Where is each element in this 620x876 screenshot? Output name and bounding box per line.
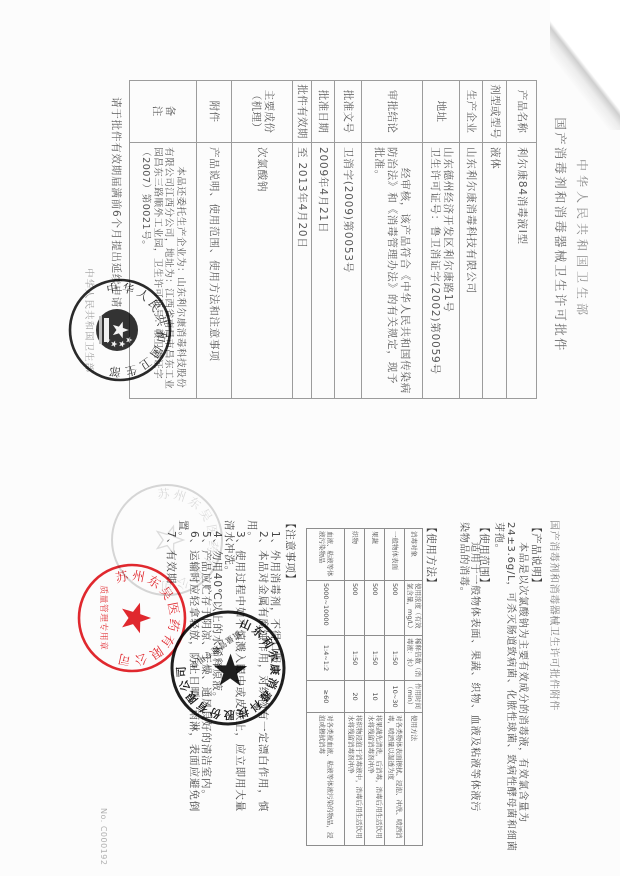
- value-approval-conclusion: 经审核，该产品符合《中华人民共和国传染病防治法》和《消毒管理办法》的有关规定，现…: [362, 143, 423, 399]
- table-header-row: 消毒对象 使用浓度（有效氯含量，mg/L） 稀释倍数（消毒液：水） 作用时间（m…: [405, 529, 423, 846]
- heading-product-description: 【产品说明】: [529, 522, 544, 589]
- value-product-name: 利尔康84消毒液I型: [507, 143, 537, 399]
- row-product-name: 产品名称 利尔康84消毒液I型: [507, 81, 537, 399]
- cell-duration: 10: [365, 681, 385, 713]
- value-address: 山东德州经济开发区利尔康路1号 卫生许可证号：鲁卫消证字(2002)第0059号: [423, 143, 460, 399]
- row-approval-date: 批准日期 2009年4月21日: [312, 81, 335, 399]
- cell-target: 果蔬: [365, 529, 385, 581]
- header-concentration: 使用浓度（有效氯含量，mg/L）: [405, 581, 423, 636]
- address-line: 山东德州经济开发区利尔康路1号: [441, 147, 454, 394]
- cell-duration: 20: [345, 681, 365, 713]
- cell-method: 将果蔬先清洗，后消毒，消毒后用生活饮用水将残留消毒剂冲净: [365, 713, 385, 846]
- label-main-ingredient-line1: 主要成份: [262, 82, 275, 141]
- usage-scope-text: 适用于一般物体表面、果蔬、织物、血液及粘液等体液污染物品的消毒。: [458, 522, 480, 820]
- serial-number: No. C000192: [99, 808, 108, 865]
- header-method: 使用方法: [405, 713, 423, 846]
- certificate-table: 产品名称 利尔康84消毒液I型 剂型或型号 液体 生产企业 山东利尔康消毒科技有…: [129, 80, 537, 399]
- cell-method: 将织物浸泡于消毒液中，消毒后用生活饮用水将残留消毒剂冲净: [345, 713, 365, 846]
- red-stamp-purpose: 质量管理专用章: [98, 585, 109, 650]
- value-approval-number: 卫消字(2009)第0053号: [335, 143, 362, 399]
- issuing-authority: 中华人民共和国卫生部: [574, 0, 591, 478]
- row-main-ingredient: 主要成份 （机理） 次氯酸钠: [232, 81, 293, 399]
- value-approval-date: 2009年4月21日: [312, 143, 335, 399]
- black-stamp-purpose: 质量管理专用章: [188, 629, 243, 672]
- cell-dilution: 1:50: [345, 636, 365, 681]
- header-target: 消毒对象: [405, 529, 423, 581]
- label-main-ingredient: 主要成份 （机理）: [232, 81, 293, 143]
- cell-target: 一般物体表面: [385, 529, 405, 581]
- label-product-name: 产品名称: [507, 81, 537, 143]
- table-row: 一般物体表面 500 1:50 10~30 对各类物体表面擦拭、浸泡、冲洗、喷洒…: [385, 529, 405, 846]
- cell-dilution: 1:4~1:2: [307, 636, 345, 681]
- value-dosage-form: 液体: [483, 143, 507, 399]
- row-dosage-form: 剂型或型号 液体: [483, 81, 507, 399]
- label-approval-conclusion: 审批结论: [362, 81, 423, 143]
- row-approval-number: 批准文号 卫消字(2009)第0053号: [335, 81, 362, 399]
- product-description-text: 本品是以次氯酸钠为主要有效成分的消毒液，有效氯含量为24±3.6g/L，可杀灭肠…: [492, 522, 528, 852]
- heading-precautions: 【注意事项】: [283, 518, 298, 585]
- label-attachments: 附件: [197, 81, 232, 143]
- row-approval-conclusion: 审批结论 经审核，该产品符合《中华人民共和国传染病防治法》和《消毒管理办法》的有…: [362, 81, 423, 399]
- row-attachments: 附件 产品说明、使用范围、使用方法和注意事项: [197, 81, 232, 399]
- usage-method-table: 消毒对象 使用浓度（有效氯含量，mg/L） 稀释倍数（消毒液：水） 作用时间（m…: [306, 528, 423, 846]
- label-dosage-form: 剂型或型号: [483, 81, 507, 143]
- cell-concentration: 500: [345, 581, 365, 636]
- renewal-notice: 请于批件有效期届满前6个月提出延续申请: [109, 97, 124, 308]
- heading-usage-method: 【使用方法】: [424, 522, 439, 589]
- label-main-ingredient-line2: （机理）: [249, 82, 262, 141]
- header-duration: 作用时间（min）: [405, 681, 423, 713]
- value-validity: 至 2013年4月20日: [293, 143, 312, 399]
- cell-dilution: 1:50: [365, 636, 385, 681]
- row-validity: 批件有效期 至 2013年4月20日: [293, 81, 312, 399]
- label-approval-number: 批准文号: [335, 81, 362, 143]
- label-validity: 批件有效期: [293, 81, 312, 143]
- cell-target: 血液、粘液等体液污染物品: [307, 529, 345, 581]
- ministry-seal-icon: 中华人民共和国卫生部: [68, 278, 172, 382]
- table-row: 血液、粘液等体液污染物品 5000~10000 1:4~1:2 ≥60 对各类被…: [307, 529, 345, 846]
- table-row: 果蔬 500 1:50 10 将果蔬先清洗，后消毒，消毒后用生活饮用水将残留消毒…: [365, 529, 385, 846]
- cell-concentration: 5000~10000: [307, 581, 345, 636]
- certificate-title: 国产消毒剂和消毒器械卫生许可批件: [552, 0, 570, 470]
- cell-concentration: 500: [385, 581, 405, 636]
- label-manufacturer: 生产企业: [460, 81, 483, 143]
- cell-dilution: 1:50: [385, 636, 405, 681]
- scanned-document-viewport: 中华人民共和国卫生部 国产消毒剂和消毒器械卫生许可批件 产品名称 利尔康84消毒…: [0, 0, 620, 876]
- cell-concentration: 500: [365, 581, 385, 636]
- value-attachments: 产品说明、使用范围、使用方法和注意事项: [197, 143, 232, 399]
- cell-duration: 10~30: [385, 681, 405, 713]
- cell-method: 对各类被血液、粘液等体液污染的物品，浸泡或擦拭消毒: [307, 713, 345, 846]
- cell-target: 织物: [345, 529, 365, 581]
- value-main-ingredient: 次氯酸钠: [232, 143, 293, 399]
- row-address: 地址 山东德州经济开发区利尔康路1号 卫生许可证号：鲁卫消证字(2002)第00…: [423, 81, 460, 399]
- row-manufacturer: 生产企业 山东利尔康消毒科技有限公司: [460, 81, 483, 399]
- label-address: 地址: [423, 81, 460, 143]
- value-manufacturer: 山东利尔康消毒科技有限公司: [460, 143, 483, 399]
- cell-duration: ≥60: [307, 681, 345, 713]
- label-remarks: 备注: [130, 81, 197, 143]
- table-row: 织物 500 1:50 20 将织物浸泡于消毒液中，消毒后用生活饮用水将残留消毒…: [345, 529, 365, 846]
- cell-method: 对各类物体表面擦拭、浸泡、冲洗、喷洒消毒，喷洒量以湿透为度: [385, 713, 405, 846]
- license-number-line: 卫生许可证号：鲁卫消证字(2002)第0059号: [428, 147, 441, 394]
- rotated-scan-sheet: 中华人民共和国卫生部 国产消毒剂和消毒器械卫生许可批件 产品名称 利尔康84消毒…: [0, 0, 620, 876]
- label-approval-date: 批准日期: [312, 81, 335, 143]
- header-dilution: 稀释倍数（消毒液：水）: [405, 636, 423, 681]
- attachment-title: 国产消毒剂和消毒器械卫生许可批件附件: [548, 520, 563, 711]
